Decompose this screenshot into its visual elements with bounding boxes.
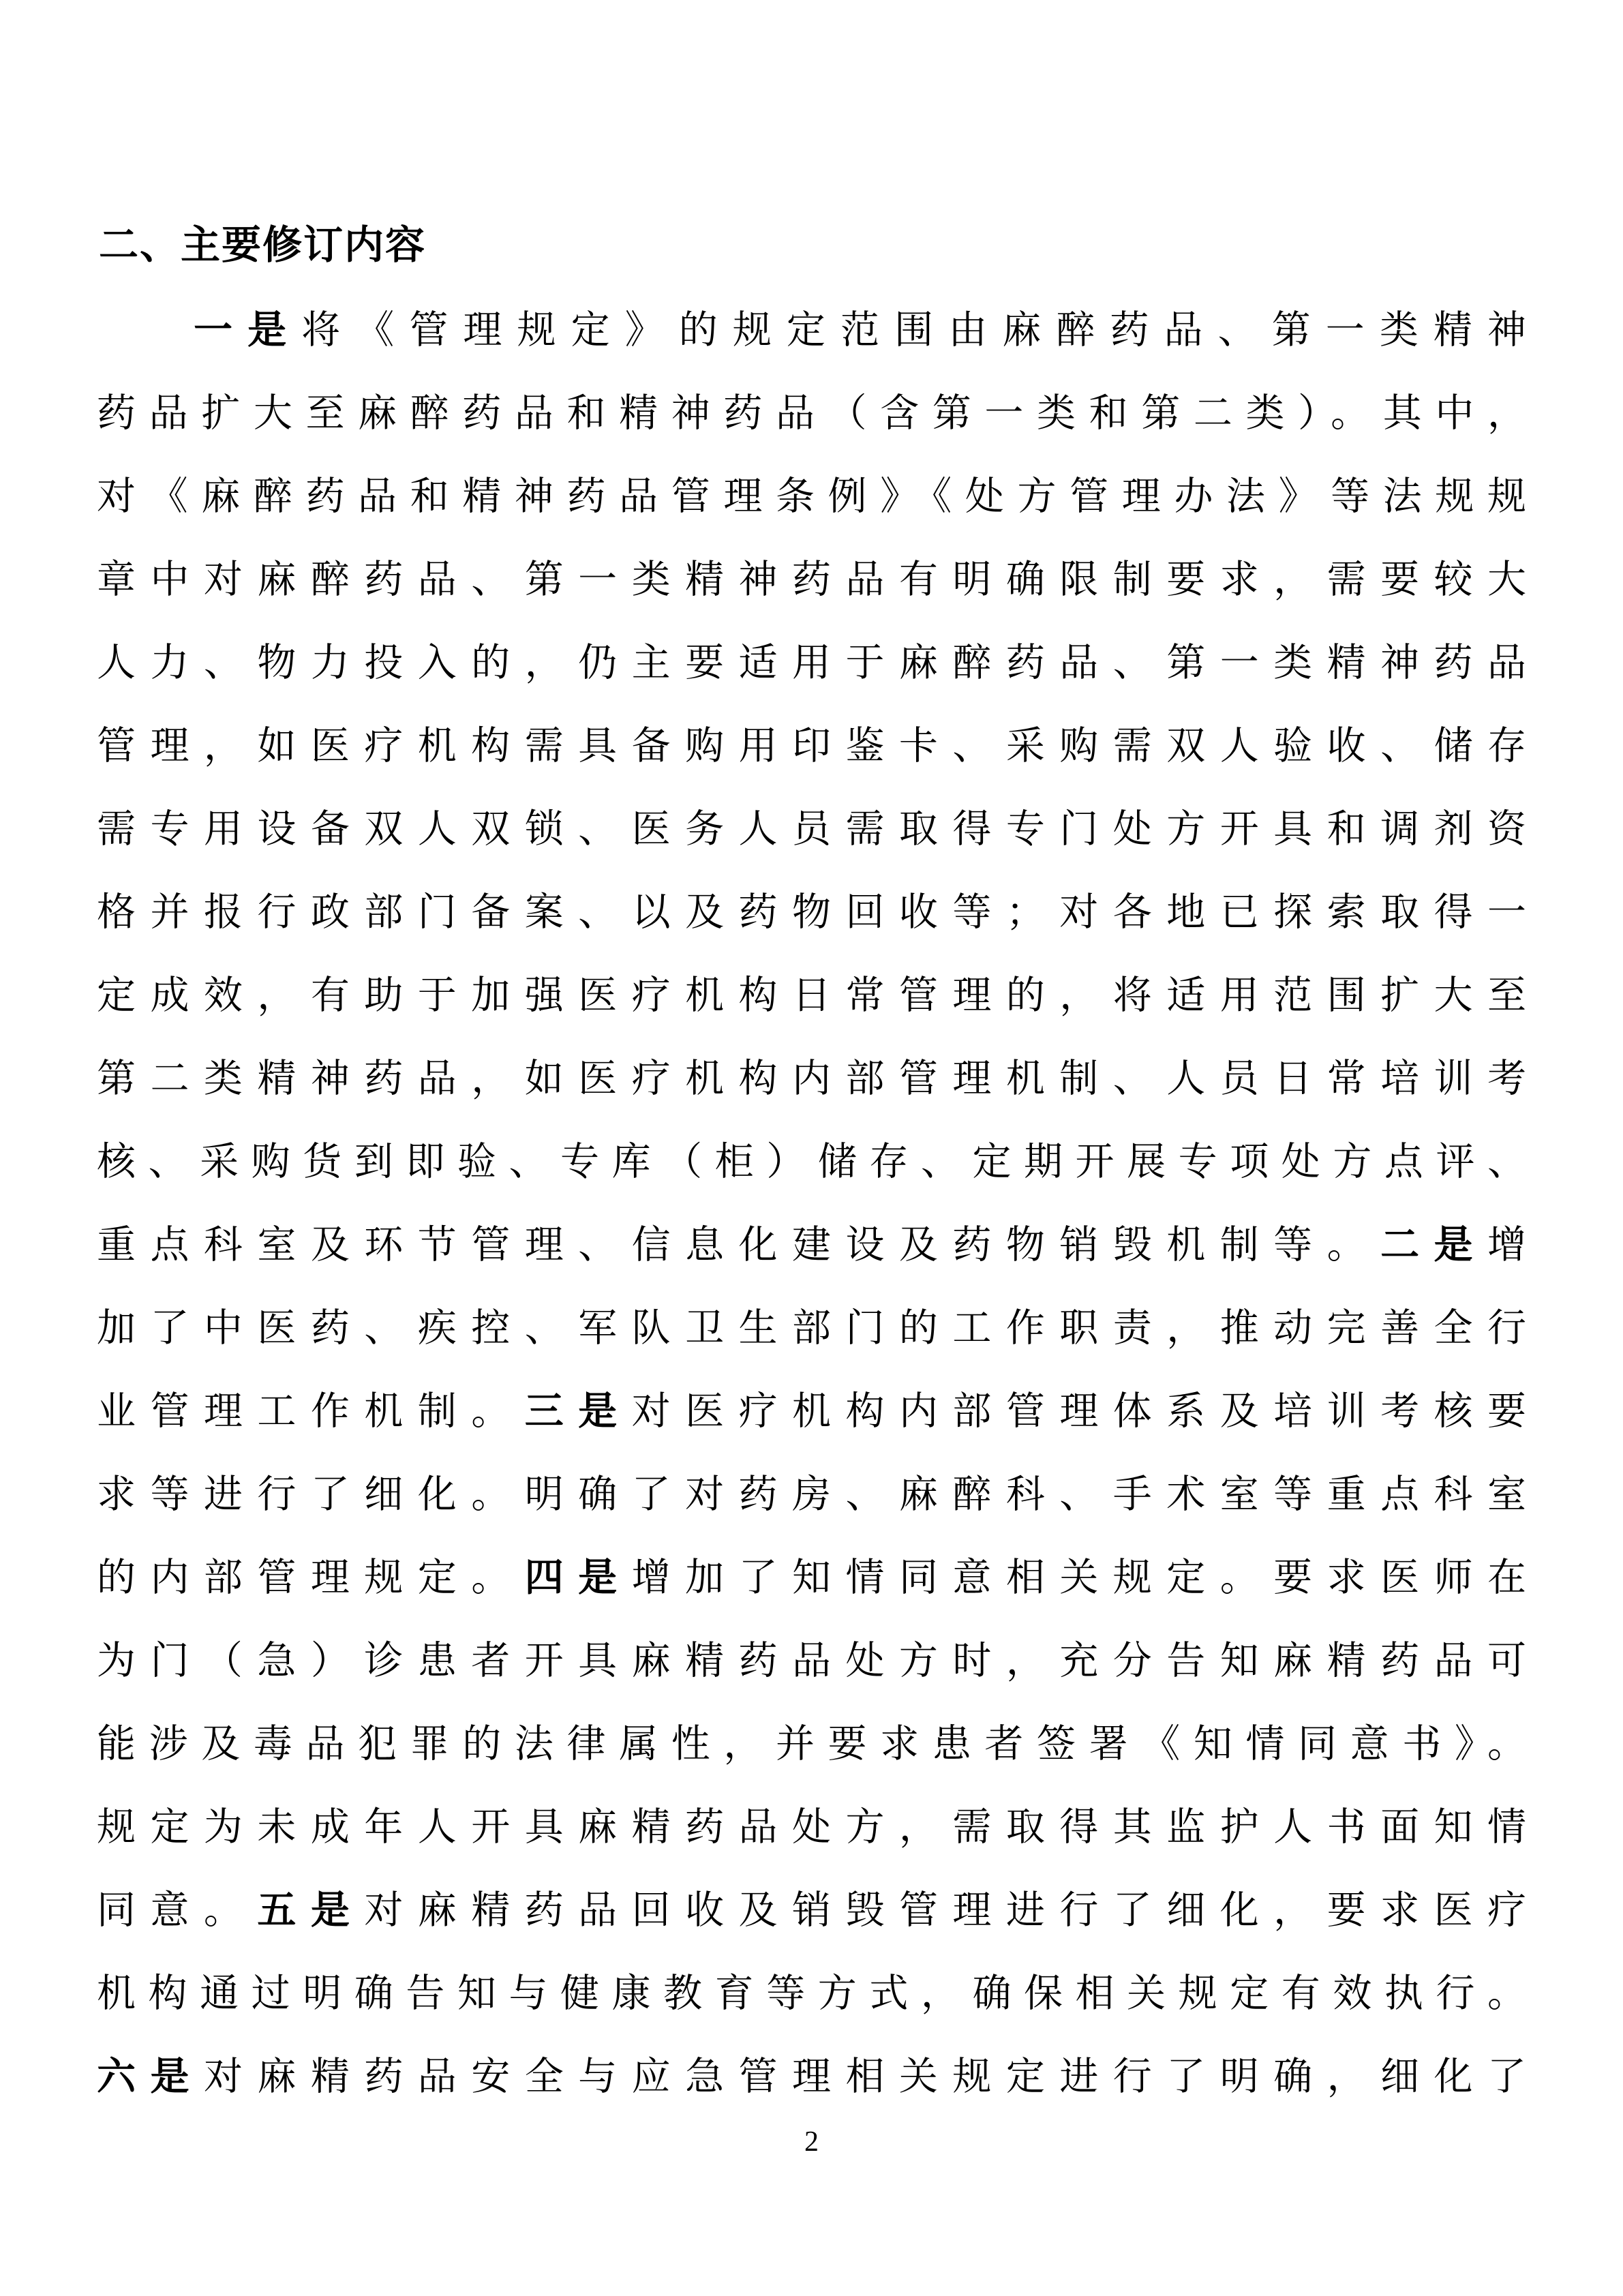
text-line: 求等进行了细化。明确了对药房、麻醉科、手术室等重点科室 [97, 1453, 1526, 1537]
text-run: 机构通过明确告知与健康教育等方式，确保相关规定有效执行。 [97, 1972, 1526, 2015]
text-run: 章中对麻醉药品、第一类精神药品有明确限制要求，需要较大 [97, 558, 1526, 601]
section-heading: 二、主要修订内容 [99, 220, 1526, 271]
text-run-bold: 一是 [194, 309, 301, 352]
text-run: 格并报行政部门备案、以及药物回收等；对各地已探索取得一 [97, 891, 1526, 934]
text-line: 章中对麻醉药品、第一类精神药品有明确限制要求，需要较大 [97, 539, 1526, 622]
text-line: 同意。五是对麻精药品回收及销毁管理进行了细化，要求医疗 [97, 1869, 1526, 1952]
text-run: 对《麻醉药品和精神药品管理条例》《处方管理办法》等法规规 [97, 475, 1526, 518]
text-run: 对麻精药品安全与应急管理相关规定进行了明确，细化了 [204, 2055, 1526, 2098]
page-number: 2 [804, 2126, 819, 2158]
text-line: 核、采购货到即验、专库（柜）储存、定期开展专项处方点评、 [97, 1121, 1526, 1204]
text-line: 需专用设备双人双锁、医务人员需取得专门处方开具和调剂资 [97, 788, 1526, 871]
text-run-bold: 六是 [97, 2055, 204, 2098]
text-run: 能涉及毒品犯罪的法律属性，并要求患者签署《知情同意书》。 [97, 1723, 1526, 1766]
text-run: 定成效，有助于加强医疗机构日常管理的，将适用范围扩大至 [97, 974, 1526, 1017]
text-line: 格并报行政部门备案、以及药物回收等；对各地已探索取得一 [97, 871, 1526, 954]
text-line: 管理，如医疗机构需具备购用印鉴卡、采购需双人验收、储存 [97, 705, 1526, 788]
text-line: 六是对麻精药品安全与应急管理相关规定进行了明确，细化了 [97, 2036, 1526, 2119]
text-line: 的内部管理规定。四是增加了知情同意相关规定。要求医师在 [97, 1537, 1526, 1620]
text-line: 能涉及毒品犯罪的法律属性，并要求患者签署《知情同意书》。 [97, 1703, 1526, 1786]
text-line: 对《麻醉药品和精神药品管理条例》《处方管理办法》等法规规 [97, 455, 1526, 539]
text-run: 核、采购货到即验、专库（柜）储存、定期开展专项处方点评、 [97, 1141, 1526, 1183]
text-run-bold: 三是 [525, 1390, 632, 1433]
text-line: 药品扩大至麻醉药品和精神药品（含第一类和第二类）。其中， [97, 372, 1526, 455]
text-run: 将《管理规定》的规定范围由麻醉药品、第一类精神 [301, 309, 1526, 352]
text-run: 的内部管理规定。 [97, 1556, 525, 1599]
text-line: 规定为未成年人开具麻精药品处方，需取得其监护人书面知情 [97, 1786, 1526, 1869]
text-run: 增加了知情同意相关规定。要求医师在 [632, 1556, 1526, 1599]
text-line: 第二类精神药品，如医疗机构内部管理机制、人员日常培训考 [97, 1038, 1526, 1121]
text-run: 增 [1487, 1224, 1526, 1267]
text-run-bold: 五是 [257, 1889, 364, 1932]
text-line: 一是将《管理规定》的规定范围由麻醉药品、第一类精神 [97, 289, 1526, 372]
text-run: 为门（急）诊患者开具麻精药品处方时，充分告知麻精药品可 [97, 1640, 1526, 1682]
text-run-bold: 二是 [1380, 1224, 1487, 1267]
text-line: 重点科室及环节管理、信息化建设及药物销毁机制等。二是增 [97, 1204, 1526, 1287]
text-run: 规定为未成年人开具麻精药品处方，需取得其监护人书面知情 [97, 1806, 1526, 1849]
text-run: 第二类精神药品，如医疗机构内部管理机制、人员日常培训考 [97, 1057, 1526, 1100]
text-run: 人力、物力投入的，仍主要适用于麻醉药品、第一类精神药品 [97, 641, 1526, 684]
text-line: 业管理工作机制。三是对医疗机构内部管理体系及培训考核要 [97, 1370, 1526, 1453]
text-run-bold: 四是 [525, 1556, 632, 1599]
text-line: 人力、物力投入的，仍主要适用于麻醉药品、第一类精神药品 [97, 622, 1526, 705]
text-run: 管理，如医疗机构需具备购用印鉴卡、采购需双人验收、储存 [97, 725, 1526, 768]
document-page: 二、主要修订内容 一是将《管理规定》的规定范围由麻醉药品、第一类精神药品扩大至麻… [0, 0, 1623, 2296]
text-run: 加了中医药、疾控、军队卫生部门的工作职责，推动完善全行 [97, 1307, 1526, 1350]
text-run: 对医疗机构内部管理体系及培训考核要 [632, 1390, 1526, 1433]
text-run: 对麻精药品回收及销毁管理进行了细化，要求医疗 [364, 1889, 1526, 1932]
text-line: 定成效，有助于加强医疗机构日常管理的，将适用范围扩大至 [97, 954, 1526, 1038]
text-line: 加了中医药、疾控、军队卫生部门的工作职责，推动完善全行 [97, 1287, 1526, 1370]
text-run: 业管理工作机制。 [97, 1390, 525, 1433]
text-line: 为门（急）诊患者开具麻精药品处方时，充分告知麻精药品可 [97, 1620, 1526, 1703]
text-run: 重点科室及环节管理、信息化建设及药物销毁机制等。 [97, 1224, 1380, 1267]
text-run: 求等进行了细化。明确了对药房、麻醉科、手术室等重点科室 [97, 1473, 1526, 1516]
text-run: 同意。 [97, 1889, 257, 1932]
text-line: 机构通过明确告知与健康教育等方式，确保相关规定有效执行。 [97, 1952, 1526, 2036]
page-footer: 2 [0, 2124, 1623, 2160]
body-paragraph: 一是将《管理规定》的规定范围由麻醉药品、第一类精神药品扩大至麻醉药品和精神药品（… [97, 289, 1526, 2119]
text-run: 药品扩大至麻醉药品和精神药品（含第一类和第二类）。其中， [97, 392, 1526, 435]
text-run: 需专用设备双人双锁、医务人员需取得专门处方开具和调剂资 [97, 808, 1526, 851]
